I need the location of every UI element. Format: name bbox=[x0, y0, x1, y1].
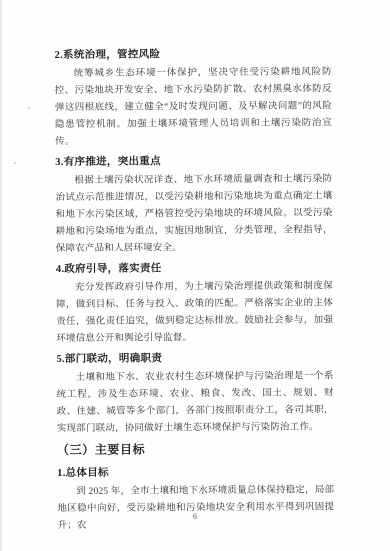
document-body: 2.系统治理，管控风险 统筹城乡生态环境一体保护，坚决守住受污染耕地风险防控、污… bbox=[55, 42, 335, 535]
scanned-document-page: 2.系统治理，管控风险 统筹城乡生态环境一体保护，坚决守住受污染耕地风险防控、污… bbox=[0, 0, 390, 551]
heading-3-orderly-advancement: 3.有序推进，突出重点 bbox=[55, 151, 332, 173]
paragraph-government-guidance: 充分发挥政府引导作用，为土壤污染治理提供政策和制度保障，做到目标、任务与投入、政… bbox=[56, 278, 333, 348]
page-footer: 6 bbox=[0, 506, 390, 524]
heading-5-department-coordination: 5.部门联动，明确职责 bbox=[56, 348, 333, 370]
scan-edge-shadow bbox=[0, 0, 2, 551]
paragraph-systematic-governance: 统筹城乡生态环境一体保护，坚决守住受污染耕地风险防控、污染地块开发安全、地下水污… bbox=[55, 64, 333, 151]
heading-1-overall-goal: 1.总体目标 bbox=[57, 462, 334, 484]
heading-4-government-guidance: 4.政府引导，落实责任 bbox=[56, 258, 333, 280]
scan-noise-speck bbox=[28, 107, 30, 109]
paragraph-orderly-advancement: 根据土壤污染状况详查、地下水环境质量调查和土壤污染防治试点示范推进情况，以受污染… bbox=[55, 171, 333, 258]
page-number: 6 bbox=[193, 512, 197, 521]
heading-2-systematic-governance: 2.系统治理，管控风险 bbox=[55, 44, 332, 66]
section-heading-main-goals: （三）主要目标 bbox=[57, 437, 334, 462]
scan-noise-speck bbox=[14, 162, 16, 164]
paragraph-department-coordination: 土壤和地下水、农业农村生态环境保护与污染治理是一个系统工程，涉及生态环境、农业、… bbox=[56, 368, 333, 438]
